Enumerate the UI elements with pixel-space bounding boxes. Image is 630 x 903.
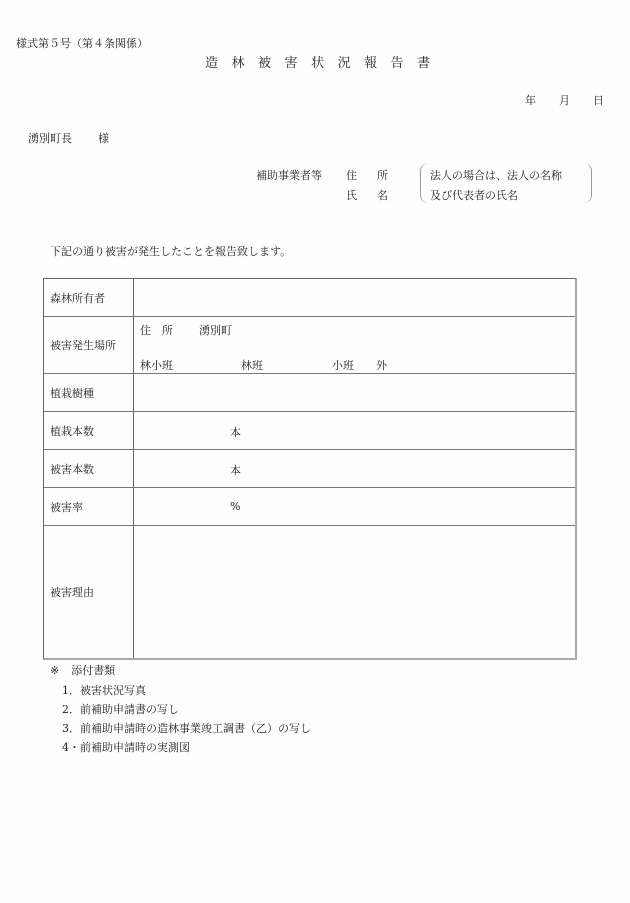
document-title: 造林被害状況報告書 <box>205 52 444 71</box>
addressee-name: 湧別町長 <box>28 132 72 145</box>
name-label: 氏名 <box>346 187 388 203</box>
damage-report-table: 森林所有者 被害発生場所 住 所 湧別町 林小班 林班 小班 外 植栽樹種 植栽… <box>43 278 577 660</box>
damaged-count-field[interactable]: 本 <box>134 450 575 487</box>
applicant-label: 補助事業者等 <box>256 167 322 183</box>
attachment-item: 1．被害状況写真 <box>62 682 146 698</box>
damage-reason-field[interactable] <box>134 526 575 658</box>
date-year-label: 年 <box>525 92 536 108</box>
title-char: 状 <box>311 52 324 71</box>
unit-trees: 本 <box>230 462 241 478</box>
addressee-honorific: 様 <box>98 132 109 145</box>
title-char: 害 <box>285 52 298 71</box>
planted-count-field[interactable]: 本 <box>134 412 575 449</box>
forest-subcompartment-label: 林小班 <box>140 357 173 373</box>
date-month-label: 月 <box>559 92 570 108</box>
unit-trees: 本 <box>230 424 241 440</box>
form-number: 様式第５号（第４条関係） <box>16 35 148 51</box>
unit-percent: % <box>230 500 240 513</box>
label-damage-rate: 被害率 <box>44 488 134 525</box>
table-row-damaged-count: 被害本数 本 <box>44 449 575 487</box>
table-row-damage-reason: 被害理由 <box>44 525 575 658</box>
attachment-item: 2．前補助申請書の写し <box>62 701 179 717</box>
subcompartment-label: 小班 <box>332 357 354 373</box>
table-row-damage-rate: 被害率 % <box>44 487 575 525</box>
attachment-item: 3．前補助申請時の造林事業竣工調書（乙）の写し <box>62 720 311 736</box>
label-damage-reason: 被害理由 <box>44 526 134 658</box>
damage-rate-field[interactable]: % <box>134 488 575 525</box>
table-row-damage-location: 被害発生場所 住 所 湧別町 林小班 林班 小班 外 <box>44 316 575 373</box>
location-town: 湧別町 <box>199 322 232 338</box>
address-label: 住所 <box>346 167 388 183</box>
intro-statement: 下記の通り被害が発生したことを報告致します。 <box>50 243 291 259</box>
table-row-planted-species: 植栽樹種 <box>44 373 575 411</box>
label-damaged-count: 被害本数 <box>44 450 134 487</box>
title-char: 林 <box>232 52 245 71</box>
planted-species-field[interactable] <box>134 374 575 411</box>
attachment-item: 4・前補助申請時の実測図 <box>62 739 190 755</box>
corporate-note-line1: 法人の場合は、法人の名称 <box>430 167 562 183</box>
label-planted-species: 植栽樹種 <box>44 374 134 411</box>
title-char: 造 <box>205 52 218 71</box>
title-char: 告 <box>391 52 404 71</box>
other-label: 外 <box>376 357 387 373</box>
table-row-forest-owner: 森林所有者 <box>44 279 575 316</box>
title-char: 書 <box>417 52 430 71</box>
table-row-planted-count: 植栽本数 本 <box>44 411 575 449</box>
damage-location-field[interactable]: 住 所 湧別町 林小班 林班 小班 外 <box>134 317 575 373</box>
location-address-label: 住 所 <box>140 322 173 338</box>
note-mark: ※ <box>50 664 59 677</box>
title-char: 報 <box>364 52 377 71</box>
corporate-note-line2: 及び代表者の氏名 <box>430 187 518 203</box>
title-char: 被 <box>258 52 271 71</box>
date-day-label: 日 <box>593 92 604 108</box>
label-planted-count: 植栽本数 <box>44 412 134 449</box>
attachments-heading: ※添付書類 <box>50 662 115 678</box>
addressee: 湧別町長様 <box>28 130 109 146</box>
forest-owner-field[interactable] <box>134 279 575 316</box>
label-damage-location: 被害発生場所 <box>44 317 134 373</box>
label-forest-owner: 森林所有者 <box>44 279 134 316</box>
title-char: 況 <box>338 52 351 71</box>
forest-compartment-label: 林班 <box>241 357 263 373</box>
